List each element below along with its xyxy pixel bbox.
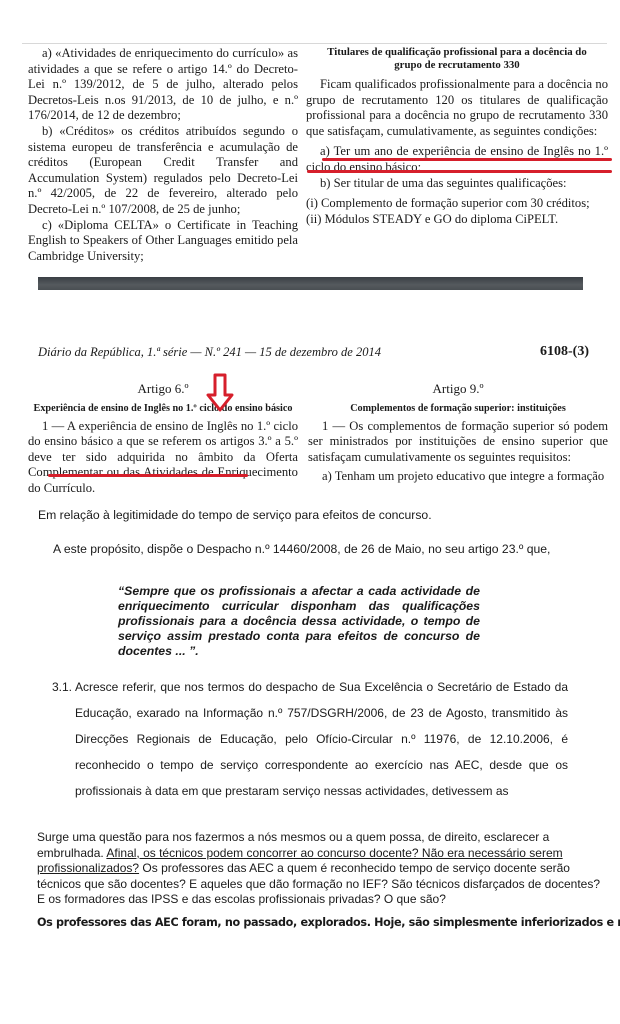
definition-a: a) «Atividades de enriquecimento do curr…	[28, 46, 298, 124]
clipping-top-right-column: Titulares de qualificação profissional p…	[306, 46, 608, 227]
gazette-header: Diário da República, 1.ª série — N.º 241…	[38, 345, 381, 360]
article-title: Artigo 6.º	[28, 381, 298, 397]
quoted-provision: “Sempre que os profissionais a afectar a…	[118, 584, 480, 659]
section-divider-bar	[38, 277, 583, 290]
page-number: 6108-(3)	[540, 344, 589, 360]
qualification-i: (i) Complemento de formação superior com…	[306, 196, 608, 212]
section-heading: Titulares de qualificação profissional p…	[306, 46, 608, 72]
article-paragraph: 1 — Os complementos de formação superior…	[308, 419, 608, 466]
red-underline-annotation	[307, 170, 612, 173]
intro-paragraph: Ficam qualificados profissionalmente par…	[306, 77, 608, 139]
definition-b: b) «Créditos» os créditos atribuídos seg…	[28, 124, 298, 218]
qualification-ii: (ii) Módulos STEADY e GO do diploma CiPE…	[306, 212, 608, 228]
definition-c: c) «Diploma CELTA» o Certificate in Teac…	[28, 218, 298, 265]
conclusion-sentence: Os professores das AEC foram, no passado…	[37, 916, 620, 929]
article-heading: Complementos de formação superior: insti…	[308, 402, 608, 415]
question-paragraph: Surge uma questão para nos fazermos a nó…	[37, 830, 602, 908]
condition-b: b) Ser titular de uma das seguintes qual…	[306, 176, 608, 192]
article-title: Artigo 9.º	[308, 381, 608, 397]
clipping-top-left-column: a) «Atividades de enriquecimento do curr…	[28, 46, 298, 264]
clipping-top-rule	[22, 43, 607, 44]
article-paragraph: 1 — A experiência de ensino de Inglês no…	[28, 419, 298, 497]
article-9: Artigo 9.º Complementos de formação supe…	[308, 381, 608, 485]
red-down-arrow-icon	[206, 373, 234, 413]
paragraph-3-1: Acresce referir, que nos termos do despa…	[75, 674, 568, 804]
intro-sentence: Em relação à legitimidade do tempo de se…	[38, 507, 432, 523]
article-6: Artigo 6.º Experiência de ensino de Ingl…	[28, 381, 298, 497]
despacho-sentence: A este propósito, dispõe o Despacho n.º …	[53, 541, 550, 557]
requirement-a: a) Tenham um projeto educativo que integ…	[308, 469, 608, 485]
article-heading: Experiência de ensino de Inglês no 1.º c…	[28, 402, 298, 415]
red-underline-annotation	[48, 474, 248, 477]
red-underline-annotation	[322, 158, 612, 161]
